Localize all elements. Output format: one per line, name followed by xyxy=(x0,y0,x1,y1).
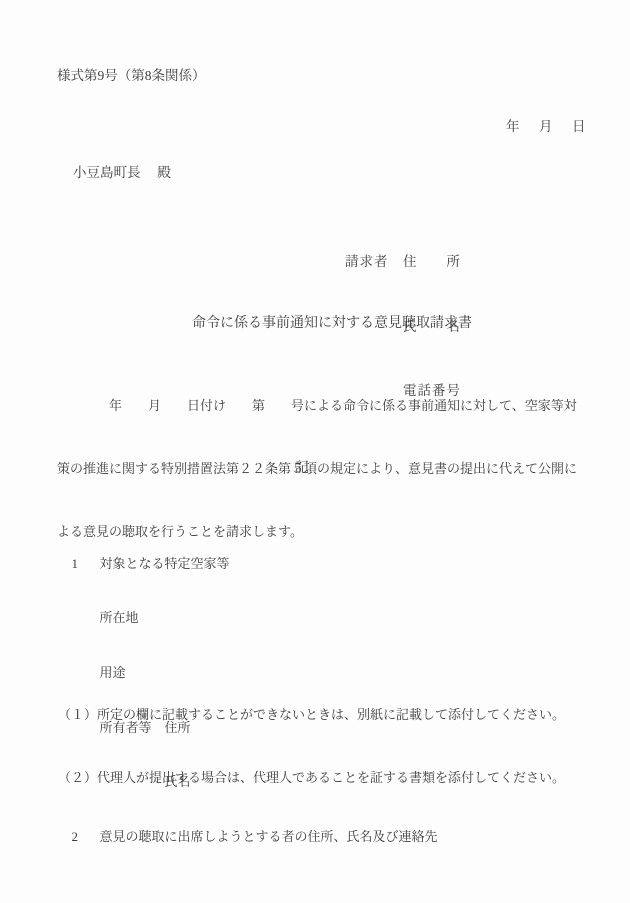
footnote-1: （１）所定の欄に記載することができないときは、別紙に記載して添付してください。 xyxy=(58,701,565,729)
list-item-text: 所在地 xyxy=(100,610,139,625)
ki-section-marker: 記 xyxy=(0,460,604,479)
footnotes: （１）所定の欄に記載することができないときは、別紙に記載して添付してください。 … xyxy=(58,666,565,826)
list-item: 所在地 xyxy=(52,589,438,609)
date-field: 年 月 日 xyxy=(506,118,589,136)
addressee-line: 小豆島町長 殿 xyxy=(73,164,171,182)
document-page: 様式第9号（第8条関係） 年 月 日 小豆島町長 殿 請求者 住 所 氏 名 電… xyxy=(0,0,630,903)
form-number: 様式第9号（第8条関係） xyxy=(57,67,206,85)
list-item: 1対象となる特定空家等 xyxy=(52,534,438,554)
list-item: 用途 xyxy=(52,643,438,663)
list-item-number: 1 xyxy=(72,554,100,574)
list-item-text: 対象となる特定空家等 xyxy=(100,556,230,571)
list-item-number: 2 xyxy=(72,827,100,847)
requester-address-line: 請求者 住 所 xyxy=(345,248,461,276)
body-line: 年 月 日付け 第 号による命令に係る事前通知に対して、空家等対 xyxy=(57,392,577,420)
footnote-2: （２）代理人が提出する場合は、代理人であることを証する書類を添付してください。 xyxy=(58,764,565,792)
list-item-text: 意見の聴取に出席しようとする者の住所、氏名及び連絡先 xyxy=(100,829,438,844)
document-title: 命令に係る事前通知に対する意見聴取請求書 xyxy=(34,315,630,334)
